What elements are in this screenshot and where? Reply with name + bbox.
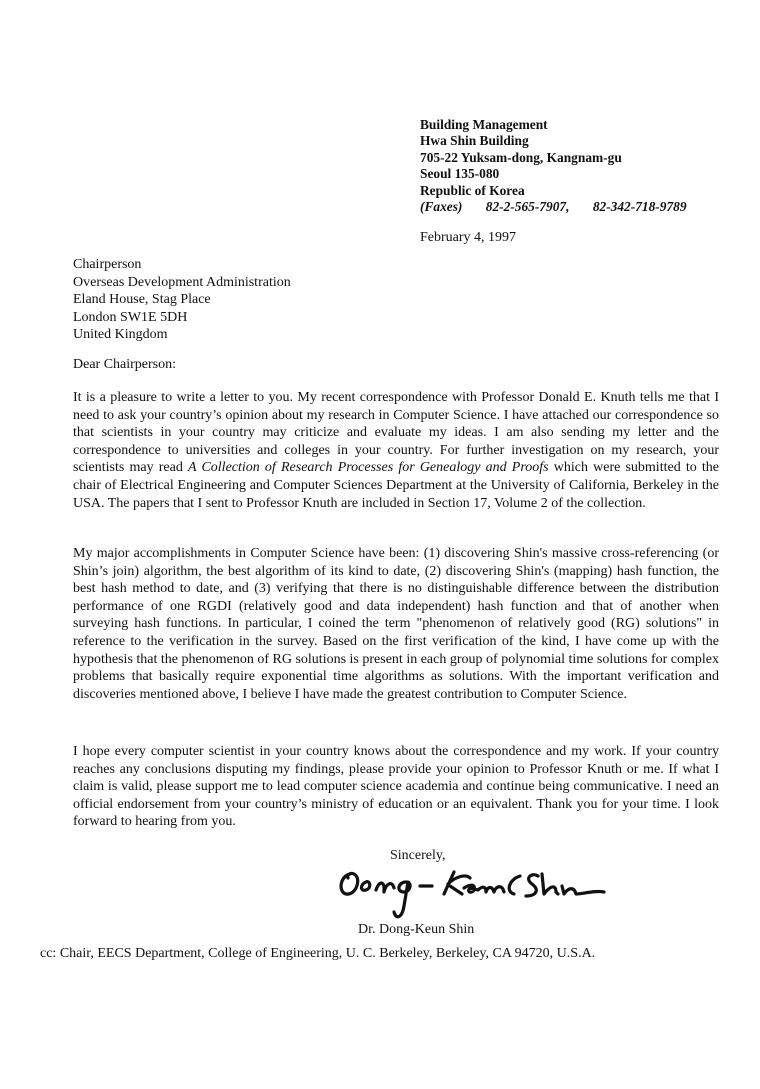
carbon-copy-line: cc: Chair, EECS Department, College of E…	[40, 946, 595, 962]
publication-title: A Collection of Research Processes for G…	[188, 460, 549, 475]
signer-name: Dr. Dong-Keun Shin	[358, 922, 474, 938]
sender-address-block: Building Management Hwa Shin Building 70…	[420, 117, 707, 215]
recipient-line: United Kingdom	[73, 326, 291, 344]
fax-label: (Faxes)	[420, 199, 462, 214]
body-paragraph-3: I hope every computer scientist in your …	[73, 743, 719, 831]
recipient-line: Chairperson	[73, 256, 291, 274]
recipient-line: Eland House, Stag Place	[73, 291, 291, 309]
recipient-address-block: Chairperson Overseas Development Adminis…	[73, 256, 291, 344]
sender-fax-line: (Faxes) 82-2-565-7907, 82-342-718-9789	[420, 199, 707, 215]
fax-number: 82-342-718-9789	[593, 199, 687, 214]
body-paragraph-1: It is a pleasure to write a letter to yo…	[73, 389, 719, 512]
recipient-line: London SW1E 5DH	[73, 309, 291, 327]
fax-number: 82-2-565-7907,	[486, 199, 570, 214]
body-paragraph-2: My major accomplishments in Computer Sci…	[73, 545, 719, 703]
sender-line: Building Management	[420, 117, 707, 133]
recipient-line: Overseas Development Administration	[73, 274, 291, 292]
letter-date: February 4, 1997	[420, 230, 516, 246]
handwritten-signature	[336, 862, 606, 924]
salutation: Dear Chairperson:	[73, 357, 176, 373]
sender-line: Republic of Korea	[420, 183, 707, 199]
sender-line: Hwa Shin Building	[420, 133, 707, 149]
sender-line: 705-22 Yuksam-dong, Kangnam-gu	[420, 150, 707, 166]
sender-line: Seoul 135-080	[420, 166, 707, 182]
